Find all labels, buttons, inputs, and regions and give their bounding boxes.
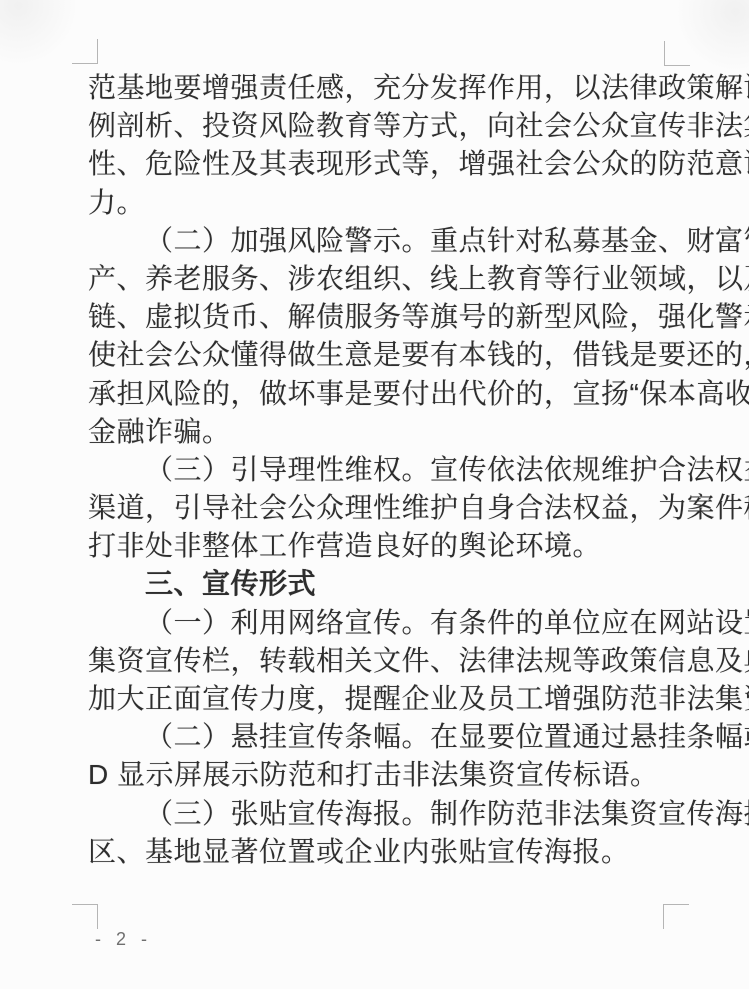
doc-line: 区、基地显著位置或企业内张贴宣传海报。 — [88, 833, 690, 871]
corner-mark-bottom-right — [663, 904, 689, 929]
doc-line: 加大正面宣传力度，提醒企业及员工增强防范非法集资意识。 — [88, 680, 690, 718]
doc-line: 产、养老服务、涉农组织、线上教育等行业领域，以及打着区块 — [88, 260, 690, 298]
doc-line-paragraph-start: （二）加强风险警示。重点针对私募基金、财富管理、房地 — [88, 222, 690, 260]
corner-mark-top-left — [72, 39, 98, 64]
doc-line: 性、危险性及其表现形式等，增强社会公众的防范意识和识别能 — [88, 145, 690, 183]
document-page: 范基地要增强责任感，充分发挥作用，以法律政策解读、典型案 例剖析、投资风险教育等… — [0, 0, 749, 989]
doc-line-paragraph-start: （三）引导理性维权。宣传依法依规维护合法权益的方式和 — [88, 451, 690, 489]
doc-line: 范基地要增强责任感，充分发挥作用，以法律政策解读、典型案 — [88, 69, 690, 107]
doc-line: 链、虚拟货币、解债服务等旗号的新型风险，强化警示提示，要 — [88, 298, 690, 336]
document-text-block: 范基地要增强责任感，充分发挥作用，以法律政策解读、典型案 例剖析、投资风险教育等… — [88, 69, 690, 871]
page-number: - 2 - — [95, 929, 152, 950]
section-heading: 三、宣传形式 — [88, 565, 690, 603]
doc-line: 集资宣传栏，转载相关文件、法律法规等政策信息及典型案例， — [88, 642, 690, 680]
doc-line: 力。 — [88, 184, 690, 222]
doc-line: 金融诈骗。 — [88, 413, 690, 451]
doc-line-paragraph-start: （一）利用网络宣传。有条件的单位应在网站设置防范非法 — [88, 604, 690, 642]
corner-mark-top-right — [664, 41, 690, 66]
doc-line-paragraph-start: （三）张贴宣传海报。制作防范非法集资宣传海报，在园 — [88, 795, 690, 833]
doc-line: 例剖析、投资风险教育等方式，向社会公众宣传非法集资的违法 — [88, 107, 690, 145]
doc-line: 打非处非整体工作营造良好的舆论环境。 — [88, 527, 690, 565]
corner-mark-bottom-left — [72, 904, 98, 929]
doc-line: 承担风险的，做坏事是要付出代价的，宣扬“保本高收益”就是 — [88, 375, 690, 413]
doc-line: D 显示屏展示防范和打击非法集资宣传标语。 — [88, 756, 690, 794]
doc-line-paragraph-start: （二）悬挂宣传条幅。在显要位置通过悬挂条幅或利用 LE — [88, 718, 690, 756]
doc-line: 使社会公众懂得做生意是要有本钱的，借钱是要还的，投资是要 — [88, 336, 690, 374]
doc-line: 渠道，引导社会公众理性维护自身合法权益，为案件稳妥处置及 — [88, 489, 690, 527]
